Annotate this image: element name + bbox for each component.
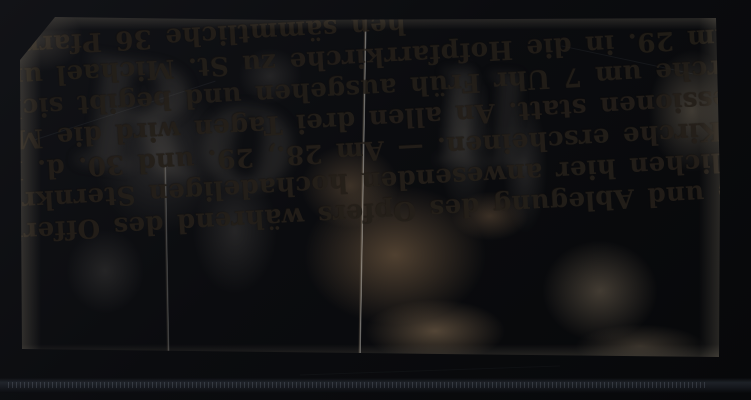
photo-stage: Ro ll te und Ablegung des Opfers während…: [0, 0, 751, 400]
paper-edge-vignette: [20, 16, 720, 358]
scratch-line: [300, 365, 560, 375]
paper-fragment: Ro ll te und Ablegung des Opfers während…: [20, 16, 720, 358]
ruler-tick-marks: [8, 382, 708, 388]
